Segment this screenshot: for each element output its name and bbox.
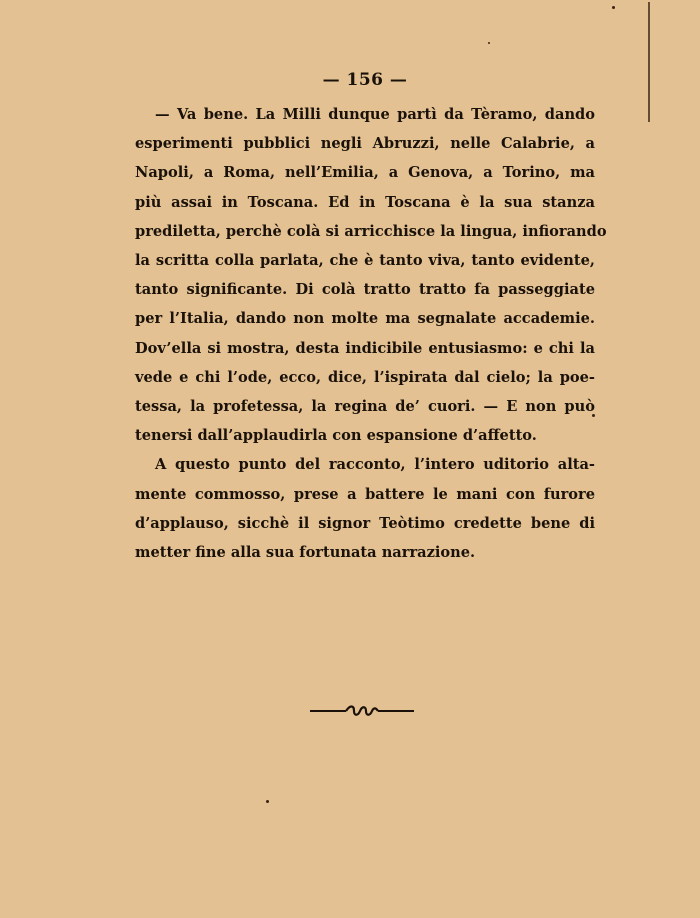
text-line: — Va bene. La Milli dunque partì da Tèra… <box>135 100 595 129</box>
page-number: — 156 — <box>0 70 700 90</box>
text-line: Napoli, a Roma, nell’Emilia, a Genova, a… <box>135 158 595 187</box>
text-line: Dov’ella si mostra, desta indicibile ent… <box>135 334 595 363</box>
text-line: tenersi dall’applaudirla con espansione … <box>135 421 595 450</box>
text-line: mente commosso, prese a battere le mani … <box>135 480 595 509</box>
text-line: tessa, la profetessa, la regina de’ cuor… <box>135 392 595 421</box>
text-line: più assai in Toscana. Ed in Toscana è la… <box>135 188 595 217</box>
text-line: tanto significante. Di colà tratto tratt… <box>135 275 595 304</box>
text-line: la scritta colla parlata, che è tanto vi… <box>135 246 595 275</box>
page-edge-line <box>648 2 650 122</box>
text-line: A questo punto del racconto, l’intero ud… <box>135 450 595 479</box>
end-of-chapter-flourish-icon <box>310 703 414 719</box>
text-line: d’applauso, sicchè il signor Teòtimo cre… <box>135 509 595 538</box>
text-line: metter fine alla sua fortunata narrazion… <box>135 538 595 567</box>
text-line: prediletta, perchè colà si arricchisce l… <box>135 217 595 246</box>
text-line: per l’Italia, dando non molte ma segnala… <box>135 304 595 333</box>
body-text: — Va bene. La Milli dunque partì da Tèra… <box>135 100 595 567</box>
text-line: esperimenti pubblici negli Abruzzi, nell… <box>135 129 595 158</box>
scan-speck <box>612 6 615 9</box>
scan-speck <box>266 800 269 803</box>
text-line: vede e chi l’ode, ecco, dice, l’ispirata… <box>135 363 595 392</box>
scan-speck <box>488 42 490 44</box>
